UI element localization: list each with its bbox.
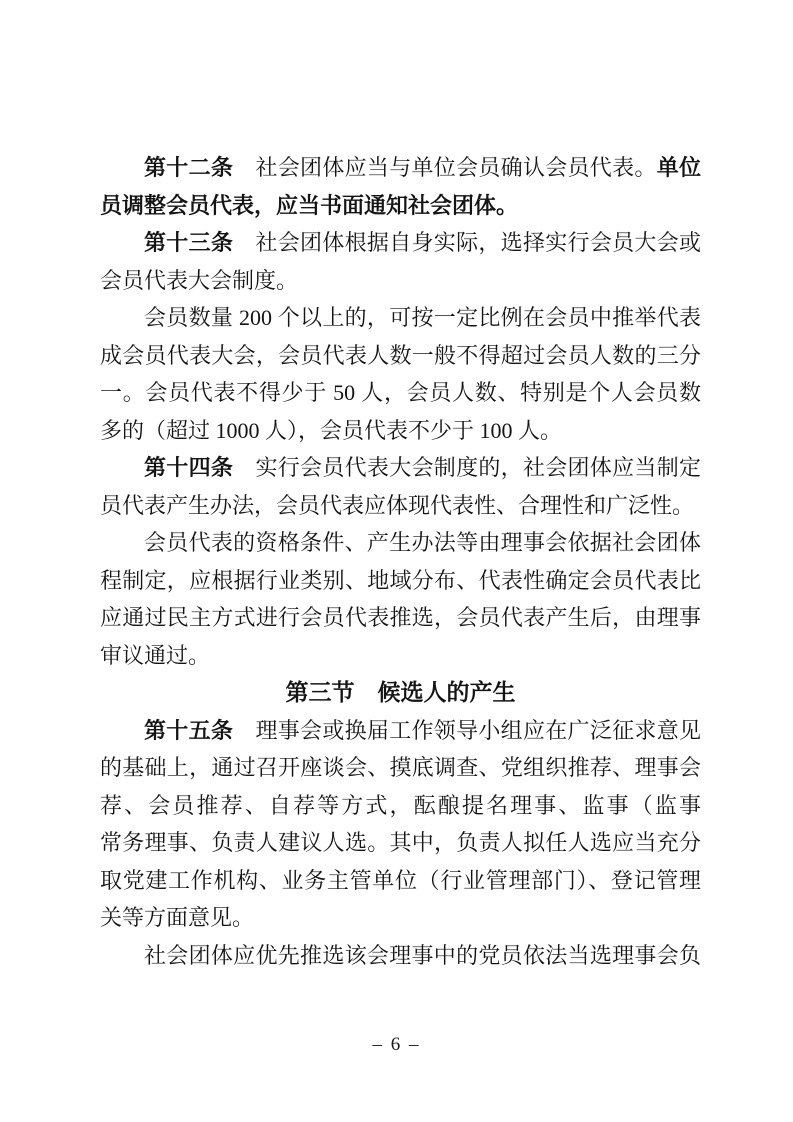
text-line: 第十二条 社会团体应当与单位会员确认会员代表。单位会 xyxy=(100,149,701,187)
text-line: 成会员代表大会，会员代表人数一般不得超过会员人数的三分之 xyxy=(100,337,701,375)
text-segment: 一。会员代表不得少于 50 人，会员人数、特别是个人会员数较 xyxy=(100,380,701,412)
text-line: 第十三条 社会团体根据自身实际，选择实行会员大会或者 xyxy=(100,224,701,262)
text-line: 的基础上，通过召开座谈会、摸底调查、党组织推荐、理事会推 xyxy=(100,749,701,787)
text-segment: 社会团体应当与单位会员确认会员代表。 xyxy=(233,155,657,180)
bold-text-segment: 员调整会员代表，应当书面通知社会团体。 xyxy=(100,193,518,218)
text-line: 多的（超过 1000 人），会员代表不少于 100 人。 xyxy=(100,412,701,450)
text-line: 第十五条 理事会或换届工作领导小组应在广泛征求意见 xyxy=(100,712,701,750)
bold-text-segment: 第十三条 xyxy=(144,230,233,255)
text-segment: 成会员代表大会，会员代表人数一般不得超过会员人数的三分之 xyxy=(100,343,701,375)
section-heading: 第三节 候选人的产生 xyxy=(100,674,701,712)
text-segment: 员代表产生办法，会员代表应体现代表性、合理性和广泛性。 xyxy=(100,493,694,518)
text-segment: 会员代表的资格条件、产生办法等由理事会依据社会团体章 xyxy=(100,530,701,562)
text-segment: 会员数量 200 个以上的，可按一定比例在会员中推举代表组 xyxy=(100,305,701,337)
text-segment: 多的（超过 1000 人），会员代表不少于 100 人。 xyxy=(100,418,562,443)
text-segment: 理事会或换届工作领导小组应在广泛征求意见 xyxy=(233,718,701,743)
page-number: – 6 – xyxy=(0,1034,793,1056)
text-segment: 会员代表大会制度。 xyxy=(100,268,298,293)
bold-text-segment: 第十五条 xyxy=(144,718,233,743)
text-line: 程制定，应根据行业类别、地域分布、代表性确定会员代表比例， xyxy=(100,562,701,600)
text-line: 应通过民主方式进行会员代表推选，会员代表产生后，由理事会 xyxy=(100,599,701,637)
text-line: 会员数量 200 个以上的，可按一定比例在会员中推举代表组 xyxy=(100,299,701,337)
text-line: 员代表产生办法，会员代表应体现代表性、合理性和广泛性。 xyxy=(100,487,701,525)
text-line: 一。会员代表不得少于 50 人，会员人数、特别是个人会员数较 xyxy=(100,374,701,412)
text-segment: 关等方面意见。 xyxy=(100,905,254,930)
text-line: 荐、会员推荐、自荐等方式，酝酿提名理事、监事（监事长）、 xyxy=(100,787,701,825)
text-line: 会员代表的资格条件、产生办法等由理事会依据社会团体章 xyxy=(100,524,701,562)
text-segment: 常务理事、负责人建议人选。其中，负责人拟任人选应当充分听 xyxy=(100,830,701,862)
text-line: 第十四条 实行会员代表大会制度的，社会团体应当制定会 xyxy=(100,449,701,487)
text-segment: 的基础上，通过召开座谈会、摸底调查、党组织推荐、理事会推 xyxy=(100,755,701,787)
document-page: 第十二条 社会团体应当与单位会员确认会员代表。单位会员调整会员代表，应当书面通知… xyxy=(0,0,793,1122)
bold-text-segment: 第十四条 xyxy=(144,455,233,480)
text-segment: 应通过民主方式进行会员代表推选，会员代表产生后，由理事会 xyxy=(100,605,701,637)
text-line: 审议通过。 xyxy=(100,637,701,675)
document-content: 第十二条 社会团体应当与单位会员确认会员代表。单位会员调整会员代表，应当书面通知… xyxy=(100,149,701,974)
text-line: 社会团体应优先推选该会理事中的党员依法当选理事会负 xyxy=(100,937,701,975)
bold-text-segment: 第十二条 xyxy=(144,155,233,180)
text-segment: 荐、会员推荐、自荐等方式，酝酿提名理事、监事（监事长）、 xyxy=(100,793,701,825)
text-line: 常务理事、负责人建议人选。其中，负责人拟任人选应当充分听 xyxy=(100,824,701,862)
text-line: 会员代表大会制度。 xyxy=(100,262,701,300)
text-segment: 取党建工作机构、业务主管单位（行业管理部门）、登记管理机 xyxy=(100,868,701,900)
text-line: 取党建工作机构、业务主管单位（行业管理部门）、登记管理机 xyxy=(100,862,701,900)
text-segment: 审议通过。 xyxy=(100,643,210,668)
text-segment: 社会团体应优先推选该会理事中的党员依法当选理事会负 xyxy=(144,943,701,968)
text-line: 关等方面意见。 xyxy=(100,899,701,937)
text-line: 员调整会员代表，应当书面通知社会团体。 xyxy=(100,187,701,225)
bold-text-segment: 第三节 候选人的产生 xyxy=(286,680,516,705)
text-segment: 程制定，应根据行业类别、地域分布、代表性确定会员代表比例， xyxy=(100,568,701,600)
